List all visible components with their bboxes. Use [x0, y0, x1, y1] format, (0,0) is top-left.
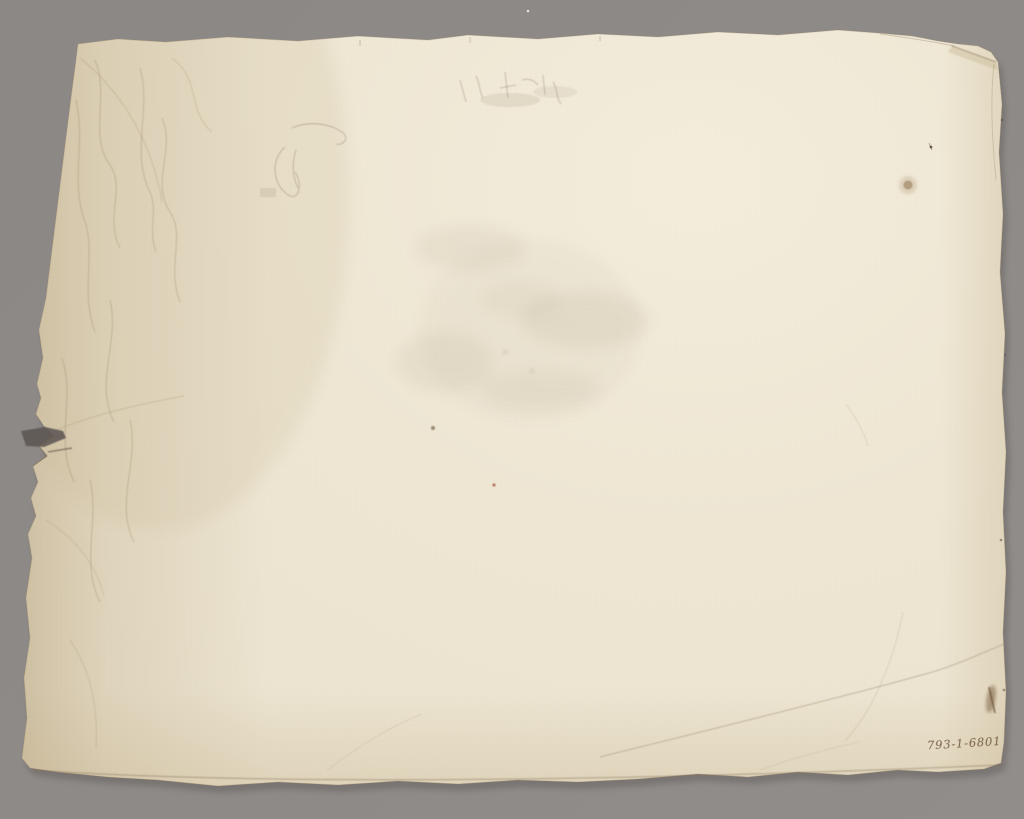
- paper-sheet-illustration: [0, 0, 1024, 819]
- brown-stain-upper-right: [899, 176, 917, 194]
- photograph-of-paper-verso: 793-1-6801: [0, 0, 1024, 819]
- dust-speck: [527, 10, 530, 13]
